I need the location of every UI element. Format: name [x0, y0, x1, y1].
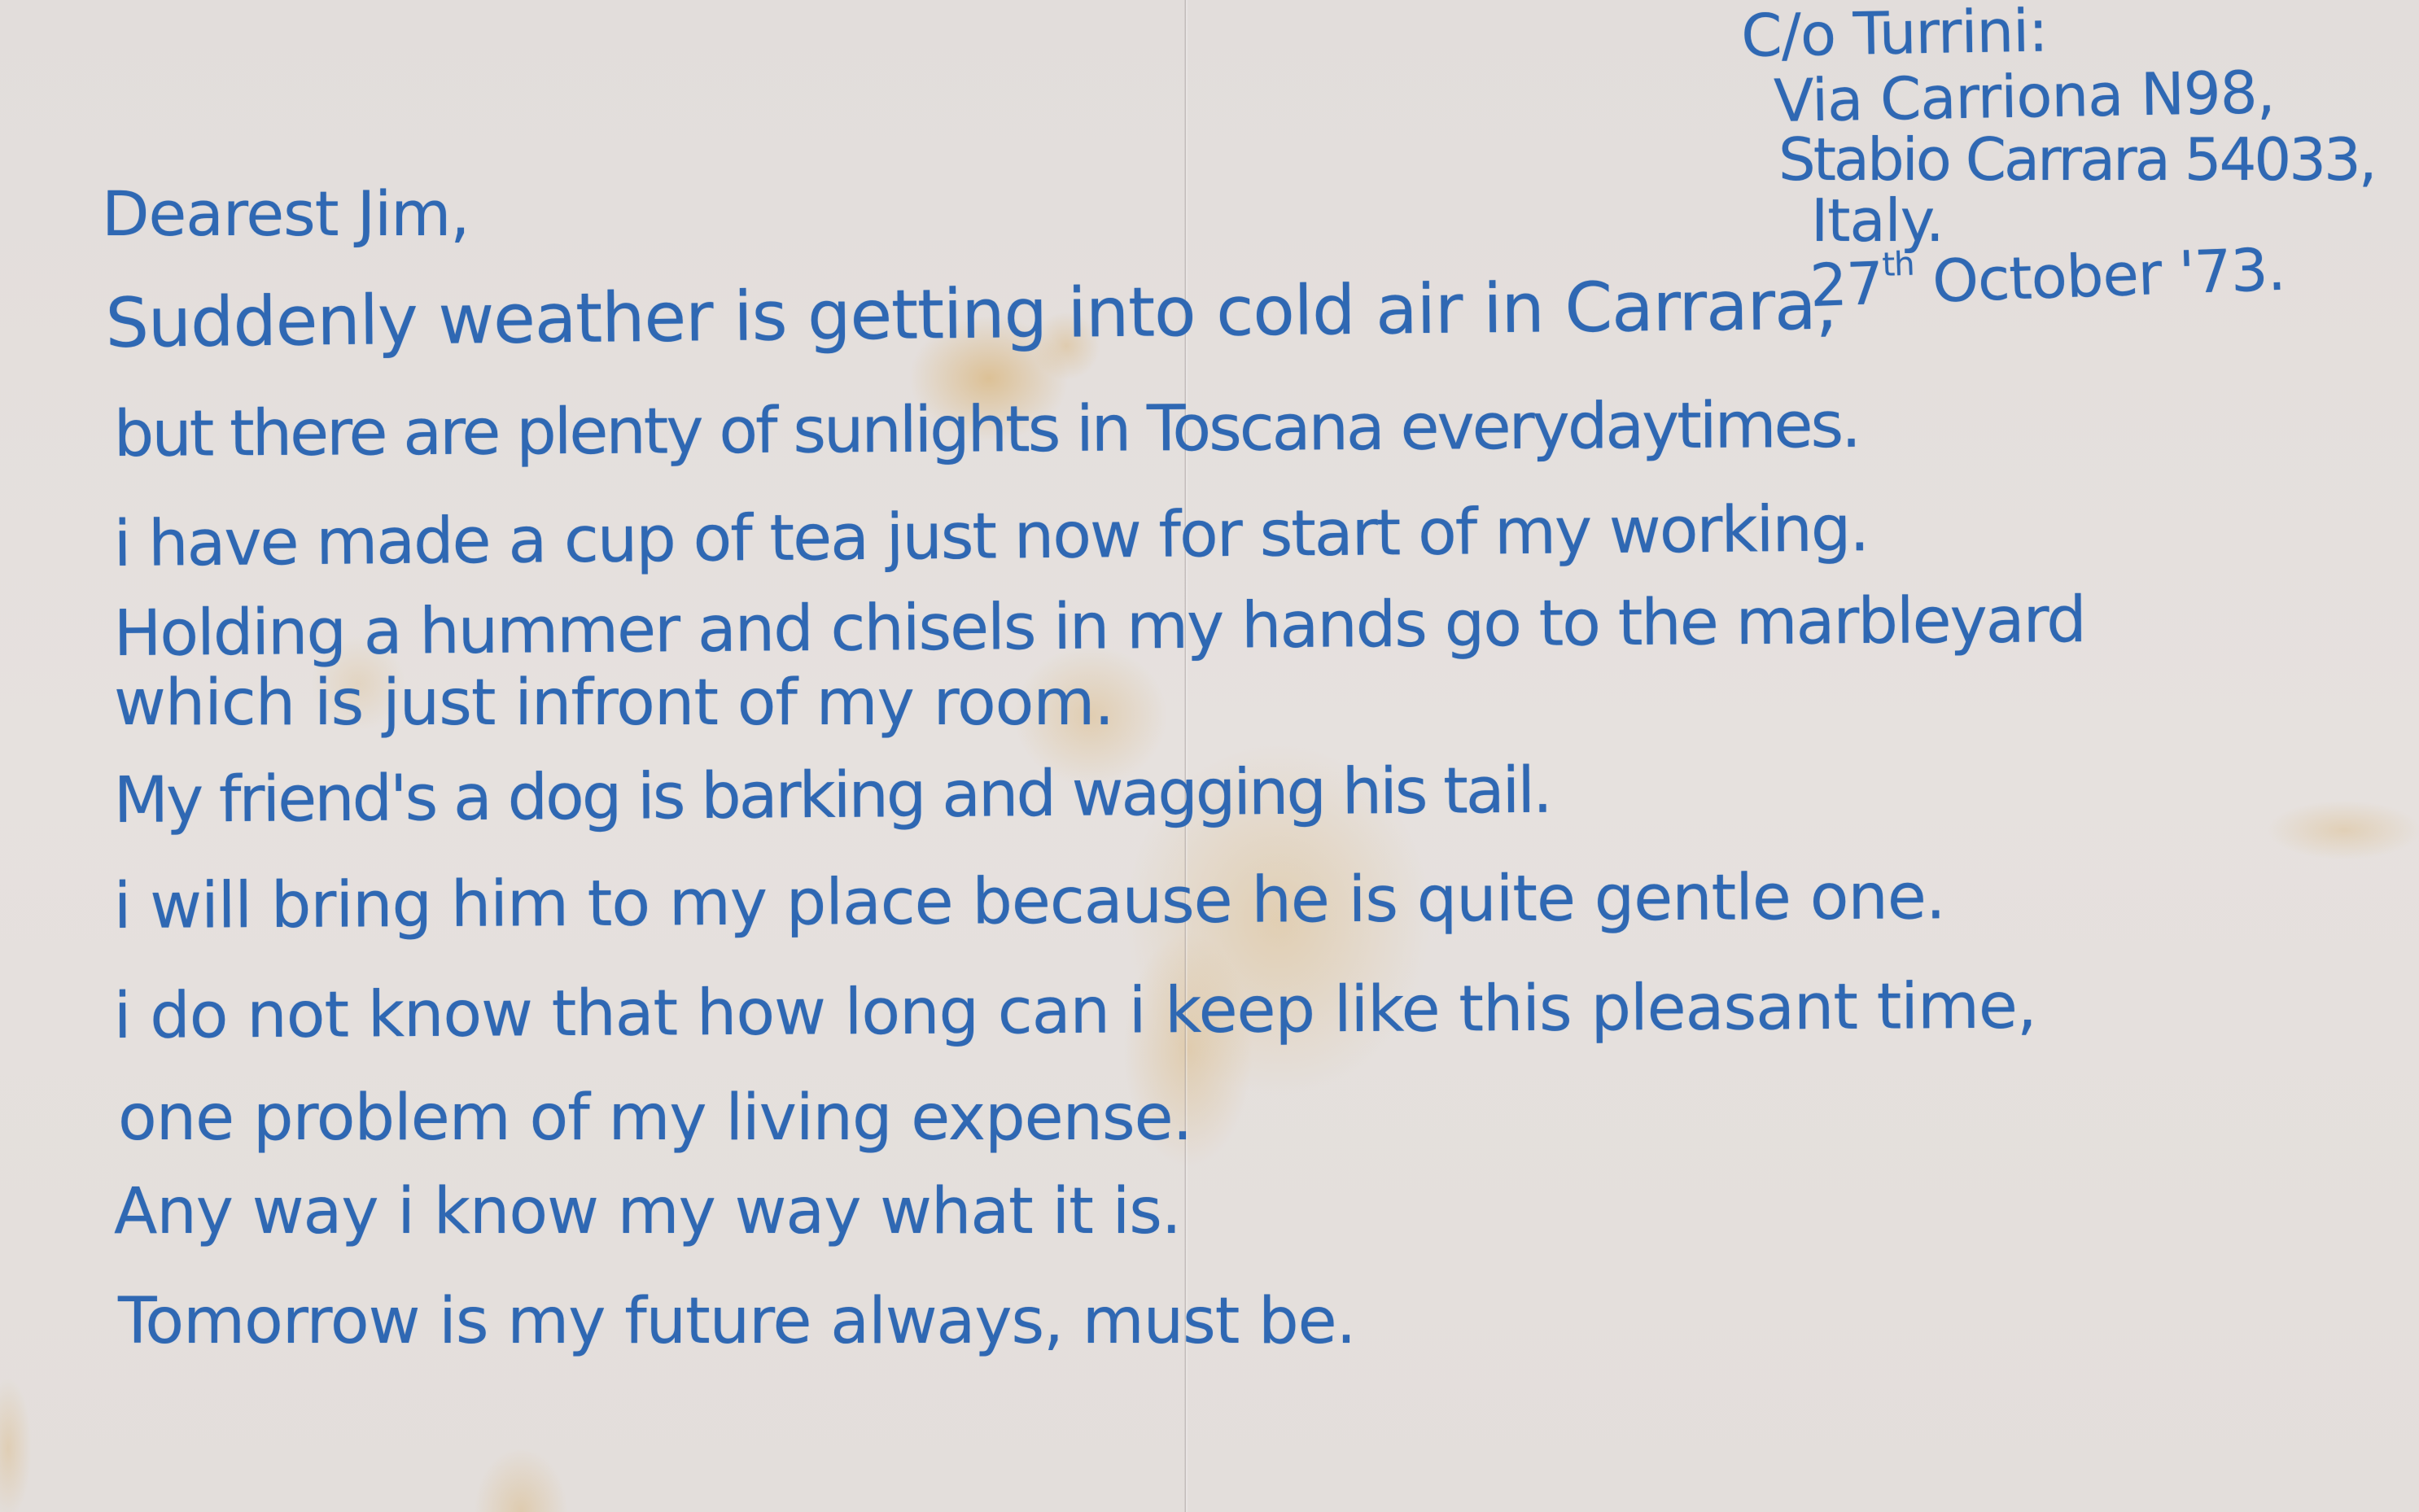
body-line-2: but there are plenty of sunlights in Tos… [114, 394, 1860, 466]
address-line-care-of: C/o Turrini: [1741, 1, 2048, 65]
body-line-9: one problem of my living expense. [118, 1086, 1192, 1150]
body-line-3: i have made a cup of tea just now for st… [113, 497, 1868, 576]
address-line-country: Italy. [1811, 191, 1944, 250]
body-line-7: i will bring him to my place because he … [114, 865, 1945, 938]
body-line-11: Tomorrow is my future always, must be. [118, 1290, 1355, 1353]
letter-date: 27th October '73. [1809, 240, 2286, 315]
address-line-street: Via Carriona N98, [1774, 63, 2275, 130]
date-month-year: October '73. [1914, 235, 2286, 317]
body-line-8: i do not know that how long can i keep l… [114, 975, 2036, 1048]
body-line-6: My friend's a dog is barking and wagging… [113, 759, 1551, 832]
salutation: Dearest Jim, [102, 183, 469, 245]
body-line-1: Suddenly weather is getting into cold ai… [105, 271, 1837, 357]
address-line-city: Stabio Carrara 54033, [1778, 130, 2375, 189]
date-suffix: th [1882, 246, 1915, 284]
body-line-10: Any way i know my way what it is. [114, 1180, 1181, 1243]
body-line-5: which is just infront of my room. [114, 671, 1113, 735]
body-line-4: Holding a hummer and chisels in my hands… [113, 588, 2085, 666]
